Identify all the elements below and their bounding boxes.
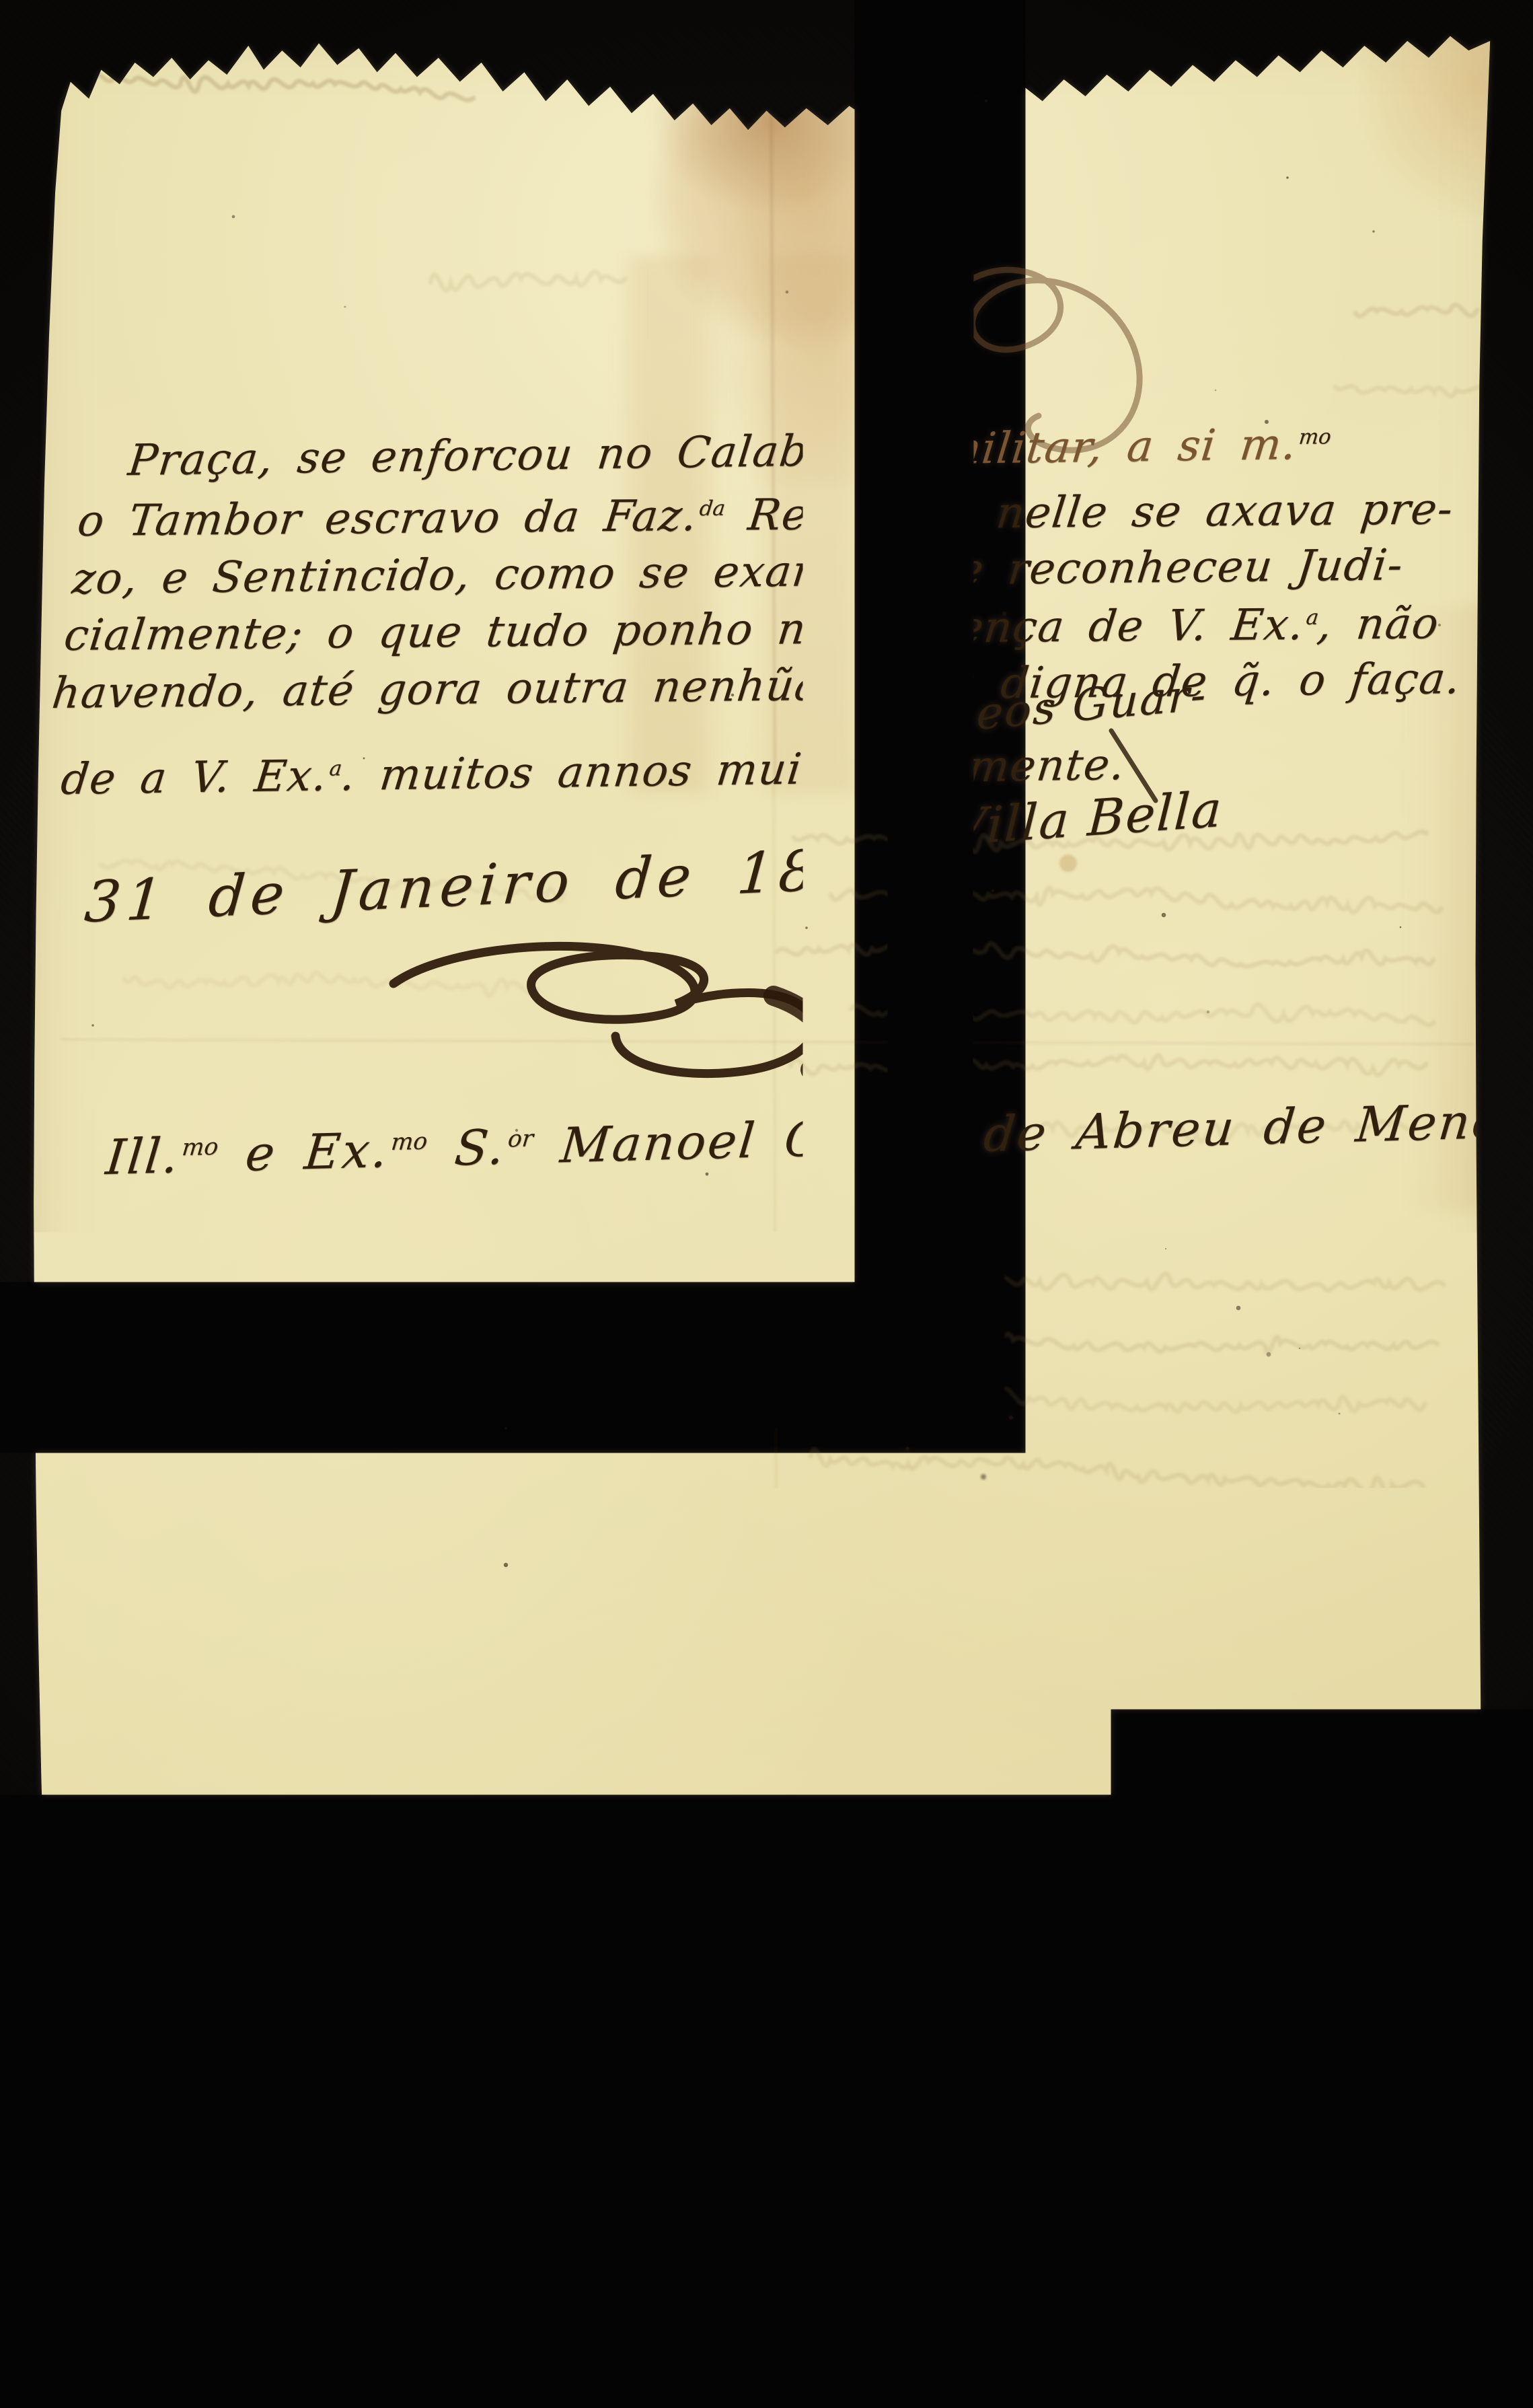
postscript-heading: P. S.: [114, 1381, 330, 1482]
ink-speck: [1286, 176, 1289, 179]
ghost-line: [158, 2144, 1403, 2194]
ghost-line: [757, 1327, 1437, 1353]
ink-speck: [1139, 1749, 1141, 1751]
ink-speck: [1368, 2242, 1370, 2244]
fold-crease: [774, 777, 779, 2308]
ink-speck: [1137, 2159, 1139, 2161]
ink-speck: [1158, 1632, 1160, 1634]
ink-speck: [1384, 1991, 1386, 1992]
ink-speck: [706, 1173, 709, 1176]
ink-flourishes: [0, 0, 1533, 2408]
ink-speck: [98, 1769, 102, 1773]
ink-speck: [1009, 1416, 1013, 1420]
ink-speck: [344, 306, 346, 308]
body-line-4-text: cialmente; o que tudo ponho na prezença …: [62, 600, 1307, 661]
ink-speck: [926, 1552, 929, 1555]
date-text: 31 de Janeiro de 1805: [82, 834, 906, 935]
ghost-line: [124, 1839, 1433, 1878]
paper-freckle: [1059, 854, 1077, 872]
addressee-snr: S.: [424, 1118, 509, 1177]
ghost-line: [851, 1387, 1425, 1412]
ghost-line: [158, 1779, 1408, 1804]
ink-speck: [963, 1395, 965, 1397]
ghost-line: [1335, 386, 1487, 396]
body-line-3-text: zo, e Sentincido, como se examinou e rec…: [70, 540, 1406, 604]
ink-speck: [1411, 1684, 1414, 1687]
ink-speck: [786, 1926, 790, 1930]
ghost-line: [94, 75, 474, 100]
ink-speck: [1400, 926, 1402, 928]
manuscript-page: Praça, se enforcou no Calabouço militar,…: [0, 0, 1533, 2408]
ink-speck: [874, 1257, 878, 1260]
paper-freckle: [981, 1474, 986, 1480]
superscript-mo-2: mo: [181, 1134, 220, 1161]
fold-crease: [61, 1039, 1473, 1044]
ink-speck: [1078, 1556, 1080, 1558]
paper-freckle: [204, 2124, 224, 2144]
postscript-line-3-text: no Corr.: [86, 1619, 293, 1672]
ink-speck: [757, 2041, 759, 2043]
date-line: 31 de Janeiro de 1805: [82, 834, 906, 935]
superscript-da: da: [698, 496, 726, 520]
body-line-2-text: o Tambor escravo da Faz.: [75, 491, 700, 546]
ink-speck: [809, 986, 813, 990]
ink-speck: [1215, 390, 1217, 392]
body-line-5-text: havendo, até gora outra nenhũa couza dig…: [50, 654, 1464, 719]
ghost-line: [844, 1607, 1427, 1642]
ink-speck: [1267, 1352, 1271, 1357]
ghost-line: [151, 2026, 1415, 2080]
paper-freckle: [628, 1920, 637, 1929]
photograph-background: Praça, se enforcou no Calabouço militar,…: [0, 0, 1533, 2408]
ink-speck: [361, 1308, 365, 1312]
ink-speck: [352, 2202, 357, 2206]
ghost-line: [811, 1449, 1423, 1493]
ghost-line: [118, 1967, 1435, 2007]
date-flourish-blob: [774, 996, 826, 1070]
ink-speck: [805, 926, 808, 929]
ghost-line: [777, 943, 1433, 967]
postscript-line-1-text: Na Bolsa incluo as: [117, 1500, 591, 1558]
ghost-line: [851, 1005, 1434, 1025]
ink-speck: [94, 1911, 96, 1912]
ink-speck: [1372, 230, 1375, 233]
ghost-line: [797, 1270, 1444, 1290]
bleedthrough-ghost-writing: [0, 0, 1533, 2408]
ink-speck: [1339, 1413, 1341, 1415]
paper-freckle: [1133, 2049, 1140, 2055]
body-line-3: zo, e Sentincido, como se examinou e rec…: [70, 540, 1406, 604]
ghost-line: [831, 887, 1442, 912]
superscript-mo: mo: [1298, 425, 1333, 449]
addressee-line: Ill.mo e Ex.mo S.or Manoel Carlos de Abr…: [104, 1090, 1533, 1185]
ink-speck: [607, 1825, 611, 1830]
ghost-line: [111, 1719, 1429, 1763]
valediction-line: de a V. Ex.a. muitos annos muito felizme…: [59, 740, 1128, 805]
ink-speck: [505, 1428, 507, 1430]
manuscript-paper-wrap: Praça, se enforcou no Calabouço militar,…: [0, 0, 1533, 2408]
superscript-mo-3: mo: [390, 1128, 429, 1156]
body-line-4: cialmente; o que tudo ponho na prezença …: [62, 599, 1442, 661]
body-line-5: havendo, até gora outra nenhũa couza dig…: [50, 654, 1464, 719]
ghost-line: [81, 1274, 383, 1290]
place-name: Villa Bella: [948, 780, 1224, 857]
postscript-line-1: Na Bolsa incluo as: [117, 1500, 591, 1558]
ink-speck: [200, 1757, 203, 1760]
postscript-line-2: Cartas q̃. vierão p.a V. Ex.a: [94, 1555, 774, 1615]
postscript-line-3: no Corr.o passado dessa V.a: [86, 1611, 765, 1672]
postscript-line-2-text: Cartas q̃. vierão p.: [94, 1558, 574, 1615]
addressee-ill: Ill.: [104, 1127, 183, 1185]
valediction-line-text-b: . muitos annos muito felizmente.: [338, 740, 1128, 801]
ghost-line: [777, 1541, 1418, 1586]
ghost-line: [790, 1055, 1426, 1075]
stain-top-center: [619, 40, 982, 484]
ghost-line: [431, 272, 626, 291]
body-line-4-text-b: , não: [1315, 599, 1442, 650]
ink-speck: [91, 1024, 94, 1027]
valediction-line-text: de a V. Ex.: [59, 751, 330, 805]
ink-speck: [905, 1447, 909, 1450]
addressee-ex: e Ex.: [215, 1122, 391, 1183]
postscript-line-2-text-b: V. Ex.: [583, 1555, 761, 1607]
ink-speck: [1299, 1348, 1300, 1349]
body-line-1-faded-text: militar, a si m.: [938, 420, 1300, 474]
ink-speck: [888, 2181, 890, 2183]
ink-speck: [1207, 1011, 1210, 1014]
ink-speck: [222, 1356, 226, 1360]
body-line-1: Praça, se enforcou no Calabouço militar,…: [126, 419, 1333, 486]
ink-speck: [1236, 1306, 1241, 1311]
stain-top-right-corner: [1359, 27, 1513, 215]
ghost-line: [131, 2084, 1413, 2117]
ink-speck: [1095, 1609, 1098, 1613]
ink-speck: [1095, 1908, 1097, 1910]
body-line-1-text: Praça, se enforcou no Calabouço: [126, 425, 943, 486]
date-flourish: [394, 946, 815, 1073]
ghost-line: [165, 1887, 1409, 1919]
ink-speck: [232, 215, 235, 219]
ink-speck: [1244, 1782, 1248, 1787]
signature-text: Antonio Filippe da Cunha Ponte.: [553, 2210, 1345, 2285]
ink-speck: [992, 889, 994, 891]
addressee-name: Manoel Carlos de Abreu de Menezes.: [530, 1090, 1533, 1175]
place-text: Villa Bella: [948, 780, 1224, 857]
superscript-a-5: a: [751, 1617, 765, 1641]
ink-speck: [786, 291, 789, 294]
ghost-lines-group: [61, 57, 1487, 2308]
postscript-line-3-text-b: passado dessa V.: [302, 1611, 753, 1669]
fold-crease: [64, 1670, 1473, 1675]
postscript-heading-text: P. S.: [114, 1381, 330, 1482]
superscript-a-4: a: [759, 1561, 774, 1584]
signature: Antonio Filippe da Cunha Ponte.: [553, 2210, 1345, 2285]
ink-speck: [1162, 913, 1166, 918]
ink-speck: [1176, 1834, 1181, 1838]
ink-speck: [1165, 1248, 1166, 1249]
ink-speck: [985, 100, 987, 102]
ghost-line: [1355, 305, 1477, 316]
ink-speck: [669, 1324, 673, 1328]
superscript-or: or: [507, 1125, 534, 1153]
ghost-line: [124, 973, 537, 996]
body-line-2-text-b: Real, que nelle se axava pre-: [722, 484, 1456, 540]
body-line-2: o Tambor escravo da Faz.da Real, que nel…: [75, 484, 1456, 546]
